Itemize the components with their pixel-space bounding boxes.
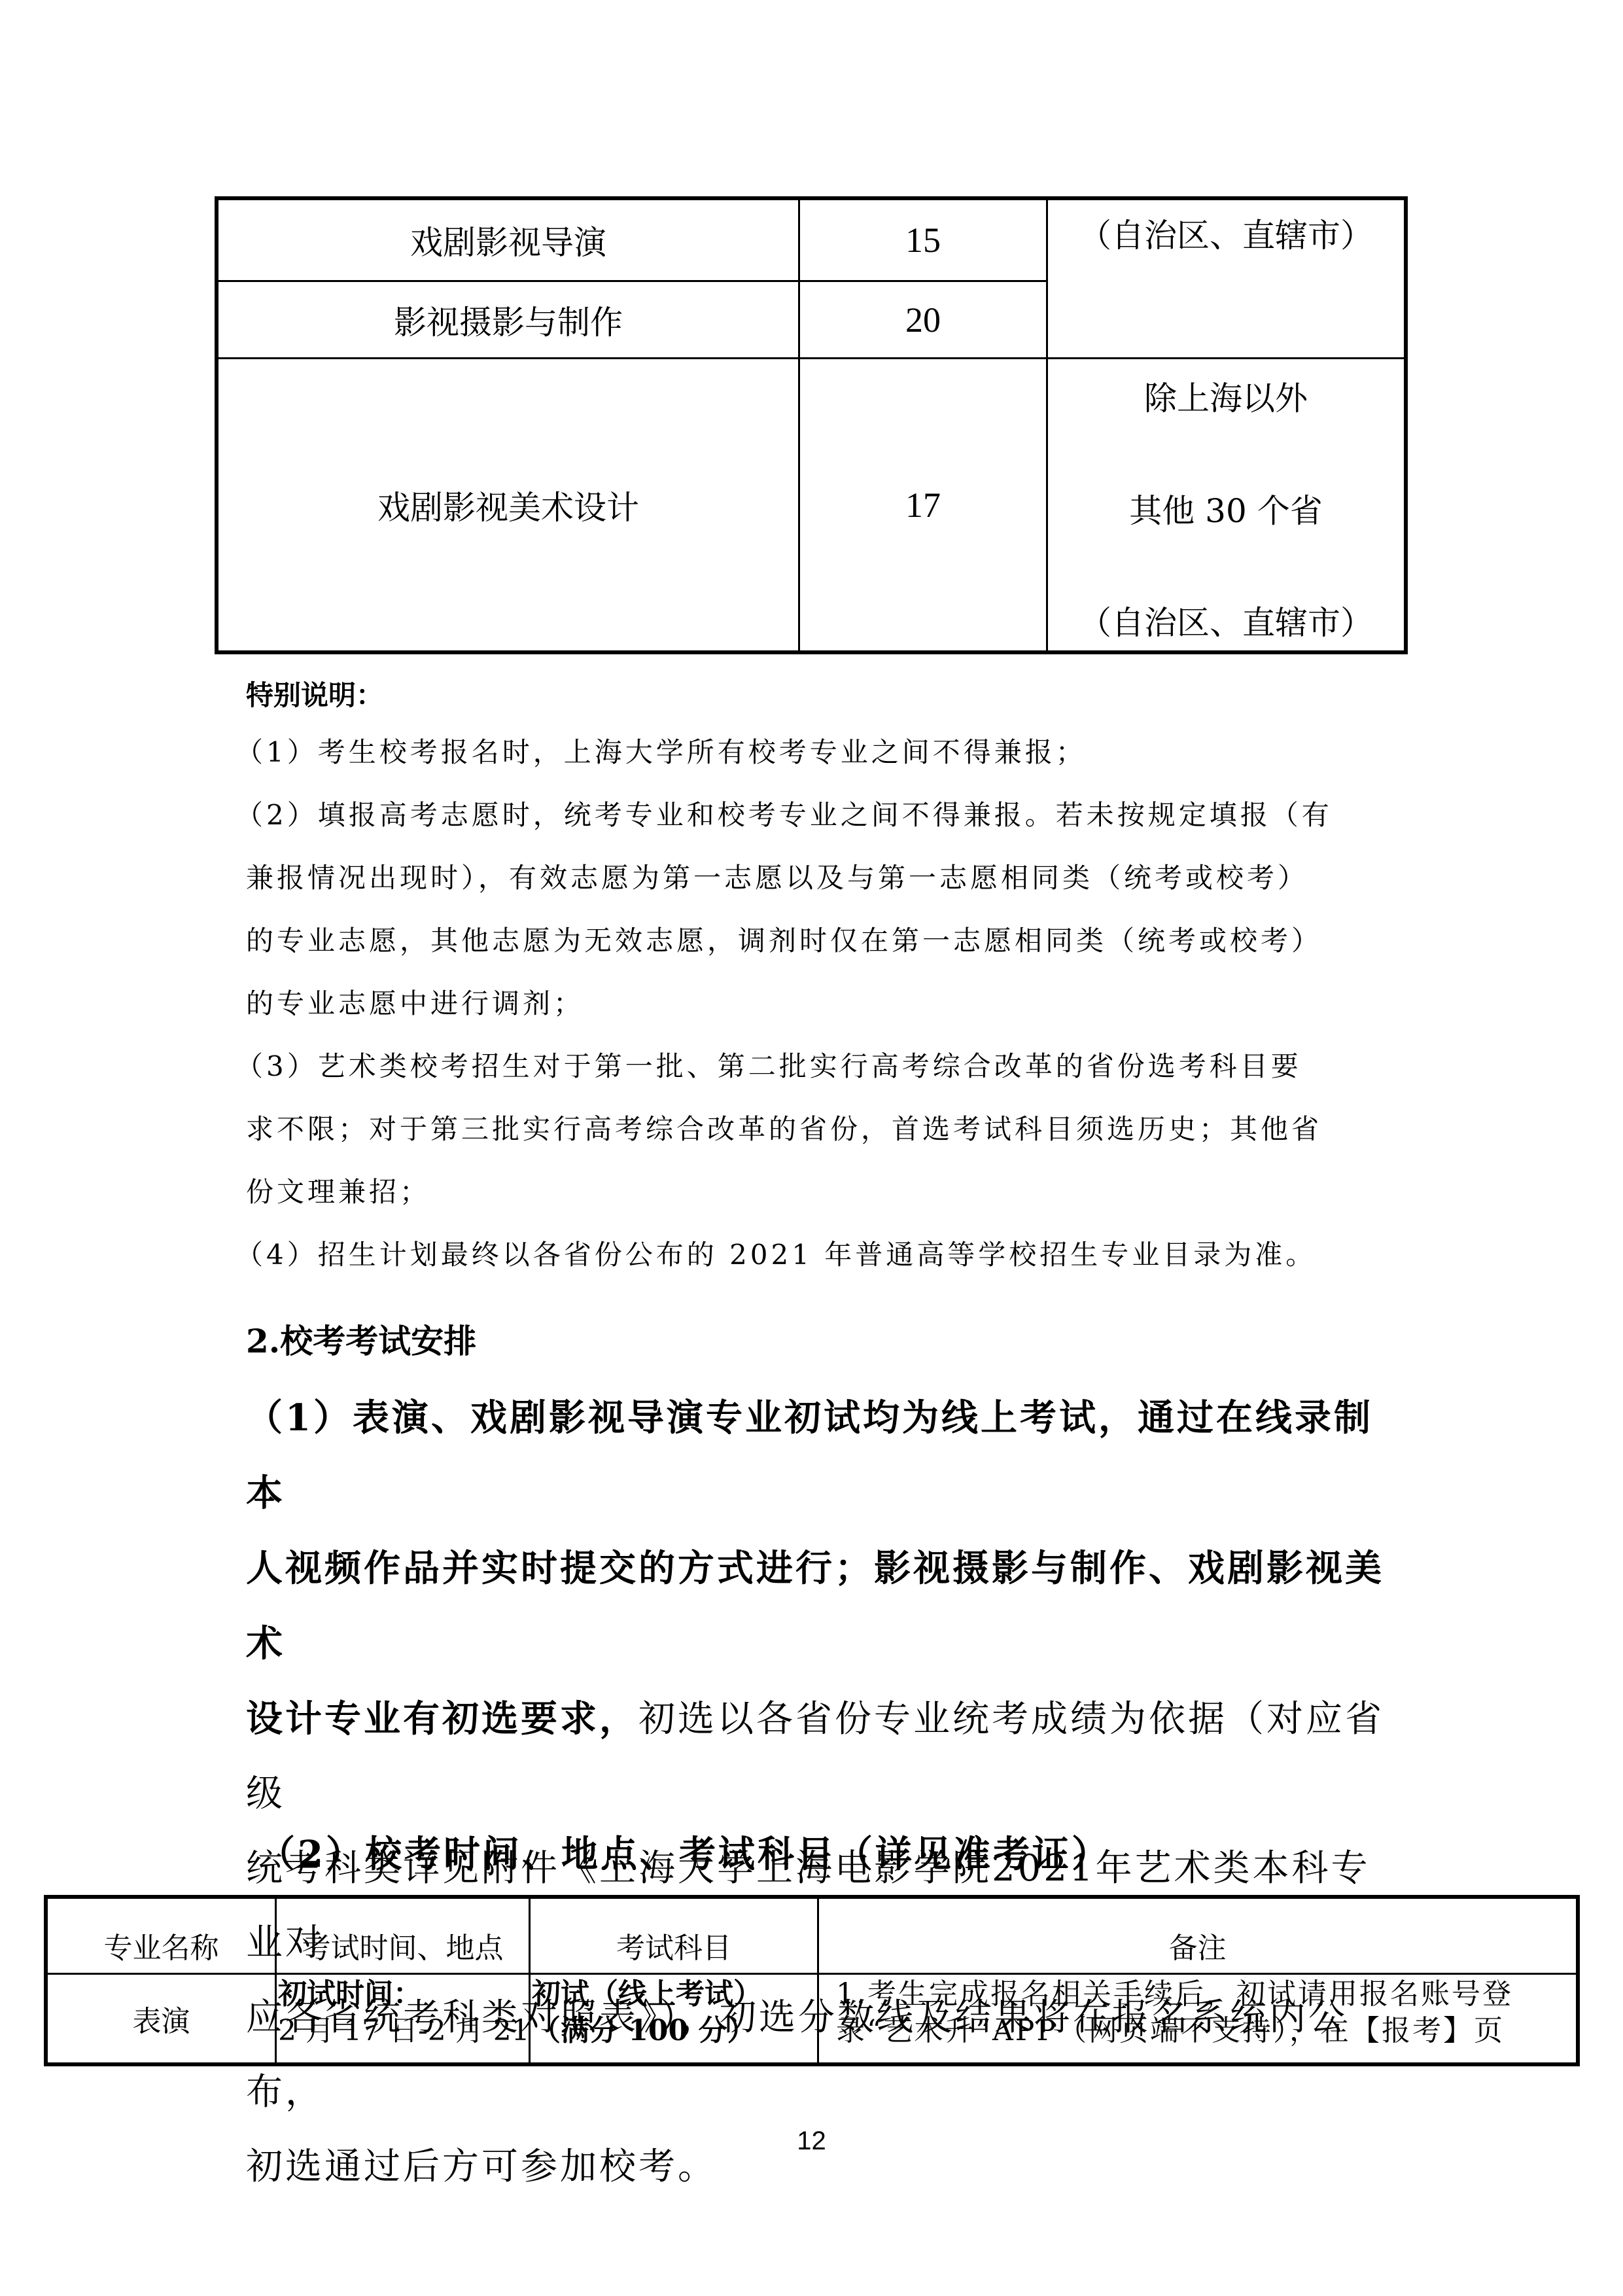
region-cell: （自治区、直辖市） xyxy=(1048,200,1404,266)
exam-arrangement-paragraph: （1）表演、戏剧影视导演专业初试均为线上考试，通过在线录制本 人视频作品并实时提… xyxy=(246,1381,1397,2204)
special-notes-list: （1）考生校考报名时，上海大学所有校考专业之间不得兼报； （2）填报高考志愿时，… xyxy=(236,721,1333,1286)
section-heading: 2.校考考试安排 xyxy=(246,1315,476,1362)
note-line: （3）艺术类校考招生对于第一批、第二批实行高考综合改革的省份选考科目要 xyxy=(236,1035,1333,1098)
major-cell: 戏剧影视美术设计 xyxy=(218,359,798,650)
quota-count-cell: 20 xyxy=(800,282,1046,357)
note-line: 份文理兼招； xyxy=(236,1161,1333,1224)
header-major: 专业名称 xyxy=(48,1899,275,1973)
special-notes-title: 特别说明： xyxy=(246,674,383,713)
region-line: （自治区、直辖市） xyxy=(1079,597,1373,644)
sub-heading: （2）校考时间、地点、考试科目（详见准考证） xyxy=(258,1826,1111,1878)
para-bold-text: 设计专业有初选要求， xyxy=(246,1697,638,1740)
region-line: 其他 30 个省 xyxy=(1129,485,1322,532)
row-time-place: 初试时间： 2 月 17 日-2 月 21 xyxy=(278,1976,530,2049)
note-line: 的专业志愿，其他志愿为无效志愿，调剂时仅在第一志愿相同类（统考或校考） xyxy=(236,910,1333,972)
row-major: 表演 xyxy=(48,1975,275,2062)
row-divider xyxy=(48,1973,1576,1975)
note-line: （4）招生计划最终以各省份公布的 2021 年普通高等学校招生专业目录为准。 xyxy=(236,1224,1333,1286)
para-bold-text: （1）表演、戏剧影视导演专业初试均为线上考试，通过在线录制本 xyxy=(246,1396,1373,1515)
quota-count-cell: 17 xyxy=(800,359,1046,650)
note-line: 求不限；对于第三批实行高考综合改革的省份，首选考试科目须选历史；其他省 xyxy=(236,1098,1333,1161)
header-remarks: 备注 xyxy=(819,1899,1576,1973)
region-cell: 除上海以外 其他 30 个省 （自治区、直辖市） xyxy=(1048,359,1404,650)
major-cell: 戏剧影视导演 xyxy=(218,200,798,280)
note-line: （1）考生校考报名时，上海大学所有校考专业之间不得兼报； xyxy=(236,721,1333,784)
quota-count-cell: 15 xyxy=(800,200,1046,280)
row-remarks: 1.考生完成报名相关手续后，初试请用报名账号登 录“艺术升”APP（网页端不支持… xyxy=(836,1976,1575,2049)
region-line: 除上海以外 xyxy=(1144,372,1308,419)
exam-schedule-table: 专业名称 考试时间、地点 考试科目 备注 表演 初试时间： 2 月 17 日-2… xyxy=(44,1895,1580,2066)
header-subject: 考试科目 xyxy=(531,1899,817,1973)
note-line: 兼报情况出现时），有效志愿为第一志愿以及与第一志愿相同类（统考或校考） xyxy=(236,847,1333,910)
para-bold-text: 人视频作品并实时提交的方式进行；影视摄影与制作、戏剧影视美术 xyxy=(246,1547,1384,1665)
note-line: （2）填报高考志愿时，统考专业和校考专业之间不得兼报。若未按规定填报（有 xyxy=(236,784,1333,847)
note-line: 的专业志愿中进行调剂； xyxy=(236,972,1333,1035)
header-time-place: 考试时间、地点 xyxy=(277,1899,529,1973)
page-number: 12 xyxy=(0,2127,1623,2156)
major-cell: 影视摄影与制作 xyxy=(218,282,798,357)
quota-table: 戏剧影视导演 15 （自治区、直辖市） 影视摄影与制作 20 戏剧影视美术设计 … xyxy=(215,196,1408,654)
row-subject: 初试（线上考试） （满分 100 分） xyxy=(532,1976,818,2049)
